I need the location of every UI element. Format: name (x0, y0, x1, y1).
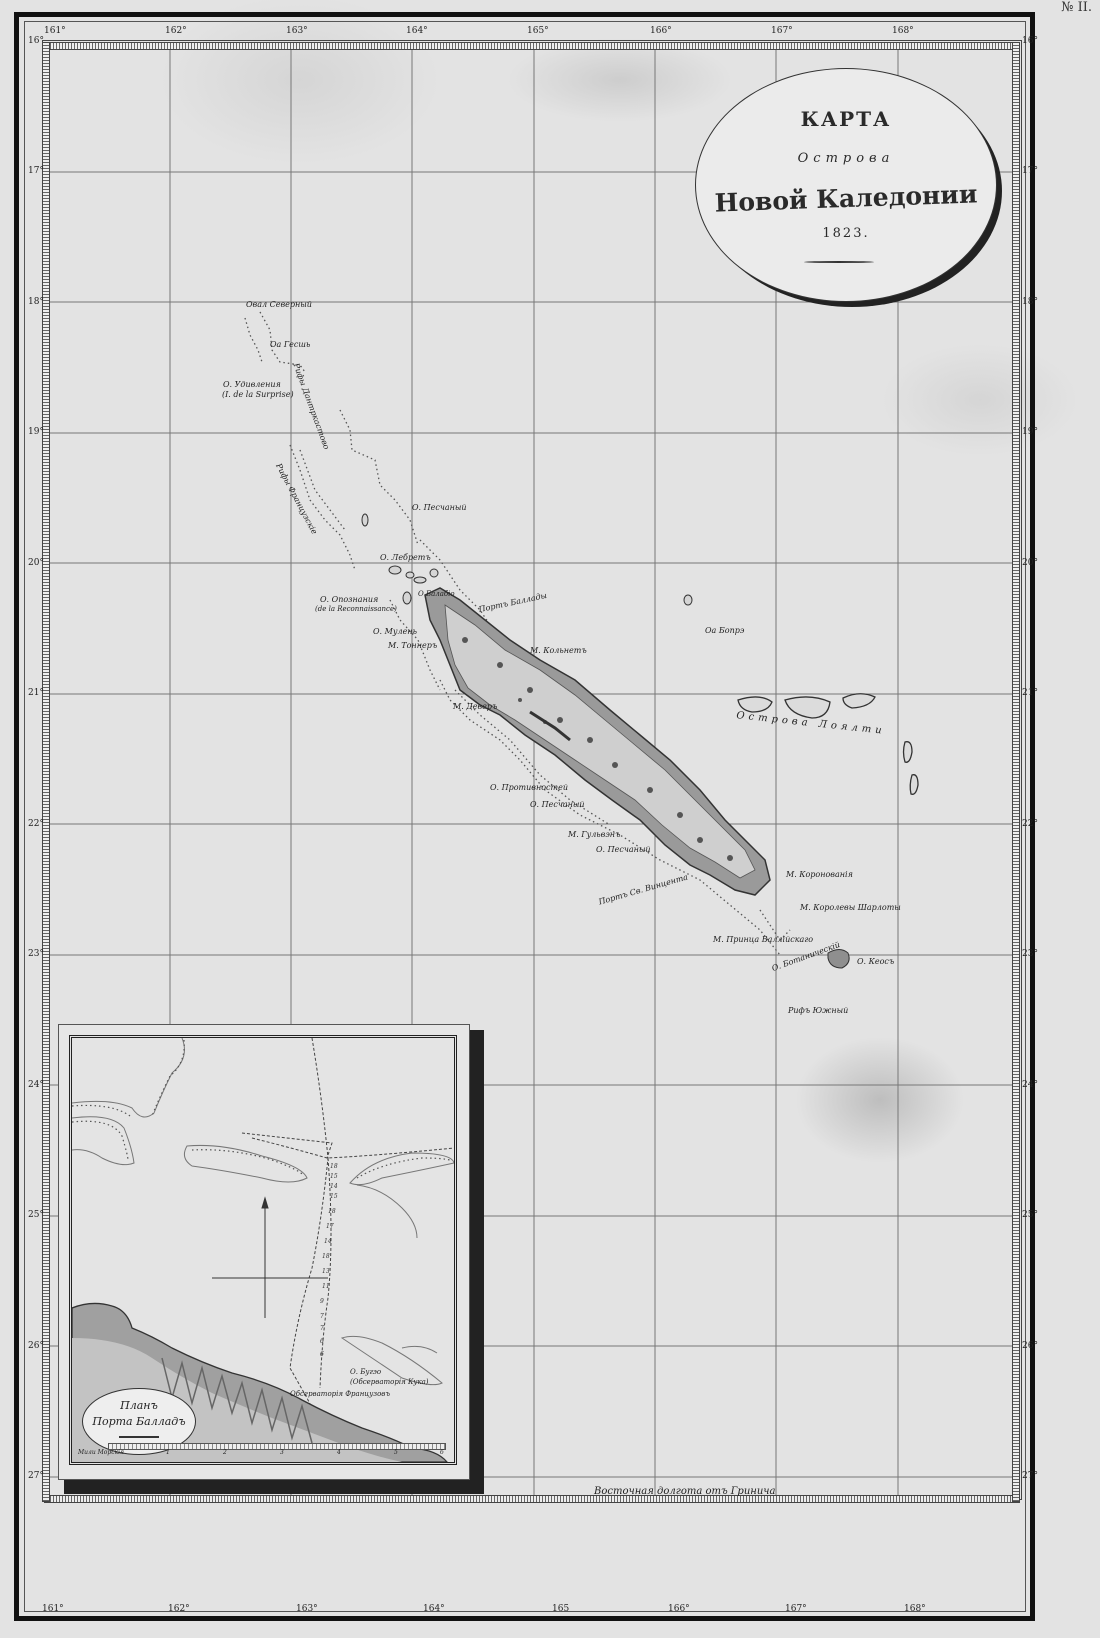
scale-tick: 4 (337, 1449, 341, 1456)
svg-text:17: 17 (326, 1223, 334, 1230)
place-label: О. Удивления (223, 380, 281, 389)
place-label: О. Кеосъ (857, 957, 894, 966)
svg-text:6: 6 (320, 1351, 324, 1358)
isle-of-pines (828, 950, 849, 969)
place-label: М. Гульвэнъ (568, 830, 620, 839)
ship-track (242, 1038, 454, 1418)
place-label: О Балабiо (418, 590, 455, 598)
svg-text:9: 9 (320, 1298, 324, 1305)
place-label: М. Королевы Шарлоты (800, 903, 901, 912)
place-label: (I. de la Surprise) (222, 390, 294, 399)
place-label: О. Опознания (320, 595, 378, 604)
place-label: М. Тоннеръ (388, 641, 437, 650)
place-label: О. Песчаный (412, 503, 467, 512)
svg-text:18: 18 (322, 1253, 330, 1260)
title-line-2: Острова (696, 151, 996, 166)
scale-tick: 5 (394, 1449, 398, 1456)
map-sheet: № II. 13-191 161° 162° 163° 164° 165° 16… (0, 0, 1100, 1638)
place-label: О. Песчаный (530, 800, 585, 809)
inset-title-rule (119, 1436, 159, 1438)
inset-title-2: Порта Балладъ (83, 1415, 195, 1428)
scale-tick: 2 (223, 1449, 227, 1456)
place-label: О. Мулень (373, 627, 417, 636)
soundings: 181514 151817 141813 1197 766 (320, 1163, 338, 1358)
title-line-3: Новой Каледонии (696, 179, 997, 218)
scale-tick: 1 (166, 1449, 170, 1456)
place-label: Рифъ Южный (788, 1006, 848, 1015)
compass-needle (212, 1198, 328, 1318)
place-label: Оа Гесшь (270, 340, 310, 349)
place-label: М. Кольнетъ (530, 646, 587, 655)
svg-text:7: 7 (320, 1313, 324, 1320)
place-label: М. Коронованiя (786, 870, 853, 879)
scale-tick: 3 (280, 1449, 284, 1456)
place-label: (de la Reconnaissance) (315, 605, 397, 613)
svg-text:6: 6 (320, 1338, 324, 1345)
svg-text:7: 7 (320, 1325, 324, 1332)
place-label: Оа Бопрэ (705, 626, 744, 635)
loyalty-islands (738, 694, 918, 795)
title-year: 1823. (696, 226, 996, 241)
place-label: О. Лебретъ (380, 553, 431, 562)
title-line-1: КАРТА (696, 107, 996, 131)
longitude-axis-note: Восточная долгота отъ Гринича (594, 1486, 775, 1497)
svg-text:14: 14 (324, 1238, 332, 1245)
svg-text:13: 13 (322, 1268, 330, 1275)
scale-label: Мили Морскiя (78, 1449, 124, 1456)
place-label: М. Деверъ (453, 702, 497, 711)
svg-text:14: 14 (330, 1183, 338, 1190)
svg-text:18: 18 (330, 1163, 338, 1170)
inset-scale-bar: Мили Морскiя 1 2 3 4 5 6 (76, 1441, 454, 1459)
place-label: О. Песчаный (596, 845, 651, 854)
svg-text:15: 15 (330, 1173, 338, 1180)
inset-title-1: Планъ (83, 1399, 195, 1412)
title-rule (804, 261, 874, 263)
svg-text:18: 18 (328, 1208, 336, 1215)
inset-port-balade: 181514 151817 141813 1197 766 О. Бугэо (… (58, 1024, 470, 1480)
place-label: Овал Северный (246, 300, 312, 309)
inset-place-label: (Обсерваторiя Кука) (350, 1378, 429, 1386)
scale-tick: 6 (440, 1449, 444, 1456)
svg-text:15: 15 (330, 1193, 338, 1200)
inset-place-label: Обсерваторiя Французовъ (290, 1390, 390, 1398)
place-label: М. Принца Валлiйскаго (713, 935, 813, 944)
place-label: О. Противностей (490, 783, 568, 792)
title-cartouche: КАРТА Острова Новой Каледонии 1823. (695, 68, 997, 302)
inset-map-frame: 181514 151817 141813 1197 766 О. Бугэо (… (69, 1035, 457, 1465)
svg-text:11: 11 (322, 1283, 330, 1290)
inset-place-label: О. Бугэо (350, 1368, 381, 1376)
